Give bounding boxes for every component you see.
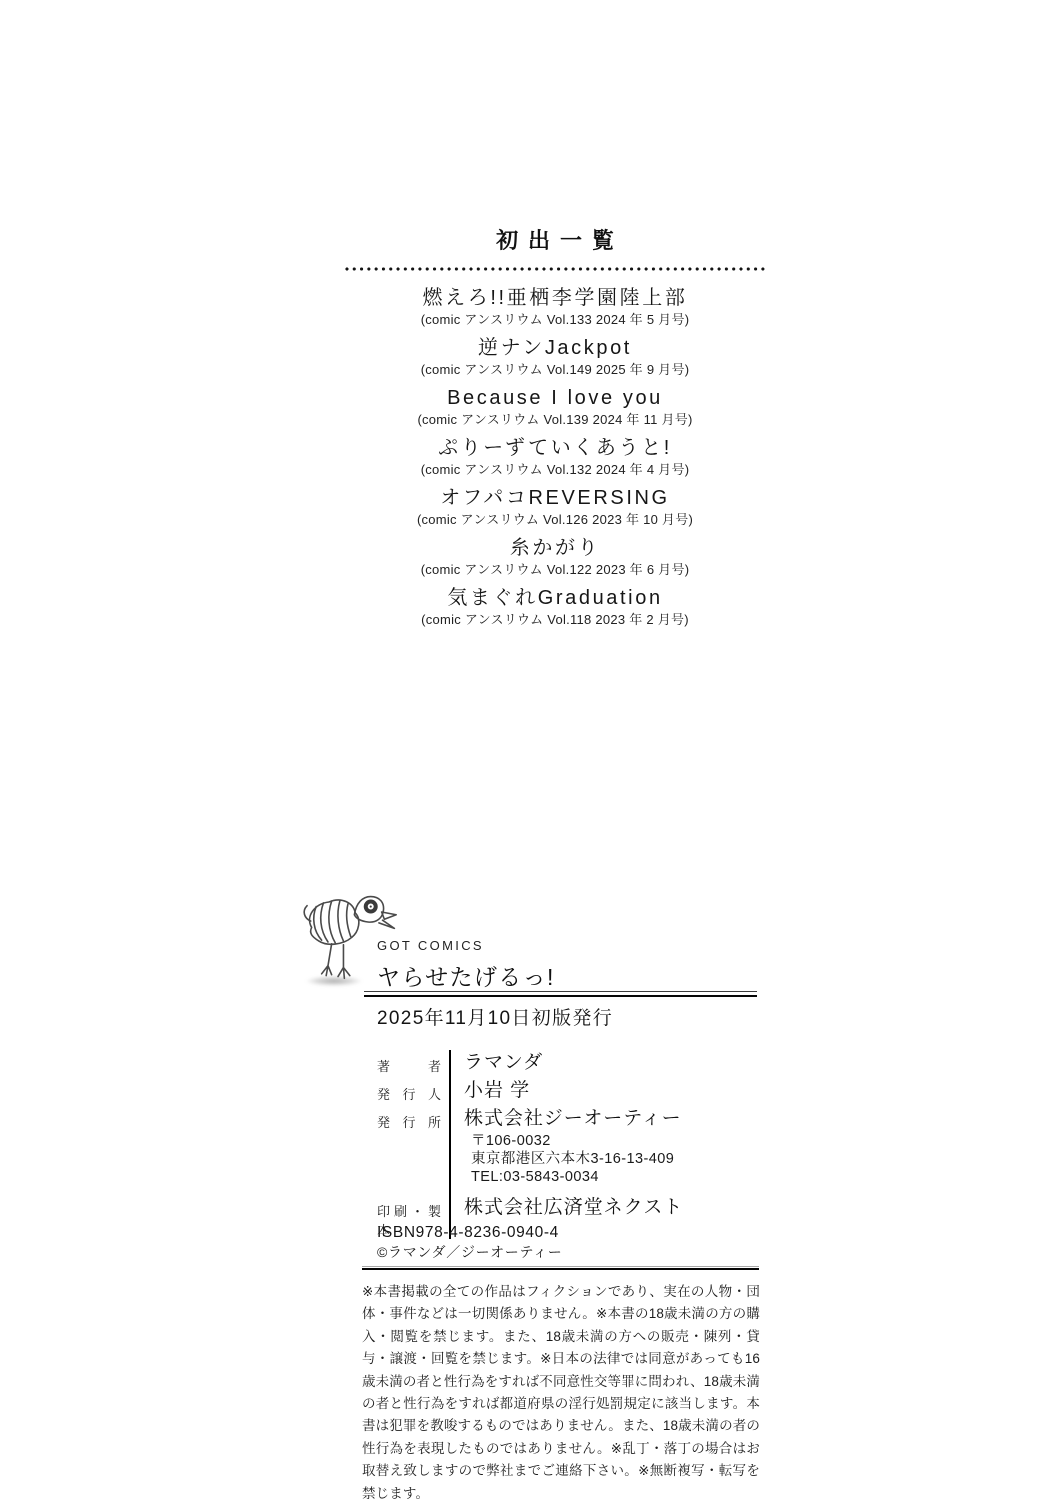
credit-row-publisher-person: 発 行 人 小岩 学 [377, 1078, 767, 1106]
chapter-source: (comic アンスリウム Vol.118 2023 年 2 月号) [345, 611, 765, 628]
publisher-address: 東京都港区六本木3-16-13-409 [464, 1150, 767, 1168]
list-item: 糸かがり (comic アンスリウム Vol.122 2023 年 6 月号) [345, 536, 765, 578]
credit-value: ラマンダ [464, 1050, 767, 1076]
section-title: 初出一覧 [345, 224, 765, 255]
chapter-source: (comic アンスリウム Vol.132 2024 年 4 月号) [345, 461, 765, 478]
credit-value-cell: 株式会社ジーオーティー 〒106-0032 東京都港区六本木3-16-13-40… [449, 1106, 767, 1188]
publisher-phone: TEL:03-5843-0034 [464, 1168, 767, 1186]
isbn-number: ISBN978-4-8236-0940-4 [377, 1223, 562, 1243]
list-item: 気まぐれGraduation (comic アンスリウム Vol.118 202… [345, 586, 765, 628]
credit-value-cell: ラマンダ [449, 1050, 767, 1078]
edition-date: 2025年11月10日初版発行 [377, 1003, 613, 1030]
credit-row-publisher-company: 発 行 所 株式会社ジーオーティー 〒106-0032 東京都港区六本木3-16… [377, 1106, 767, 1188]
book-title: ヤらせたげるっ! [377, 959, 555, 992]
list-item: オフパコREVERSING (comic アンスリウム Vol.126 2023… [345, 486, 765, 528]
bird-logo-shadow [306, 976, 362, 986]
credit-label: 発 行 所 [377, 1106, 441, 1188]
publisher-imprint-label: GOT COMICS [377, 938, 484, 953]
credit-value-cell: 小岩 学 [449, 1078, 767, 1106]
credit-value: 株式会社ジーオーティー [464, 1106, 767, 1132]
copyright-line: ©ラマンダ／ジーオーティー [377, 1243, 562, 1262]
chapter-title: 糸かがり [345, 536, 765, 561]
chapter-title: 燃えろ!!亜栖李学園陸上部 [345, 286, 765, 311]
colophon-page: 初出一覧 燃えろ!!亜栖李学園陸上部 (comic アンスリウム Vol.133… [0, 0, 1057, 1500]
chapter-title: 逆ナンJackpot [345, 336, 765, 361]
chapter-source: (comic アンスリウム Vol.122 2023 年 6 月号) [345, 561, 765, 578]
list-item: ぷりーずていくあうと! (comic アンスリウム Vol.132 2024 年… [345, 436, 765, 478]
chapter-title: オフパコREVERSING [345, 486, 765, 511]
credit-label: 発 行 人 [377, 1078, 441, 1106]
credits-table: 著 者 ラマンダ 発 行 人 小岩 学 発 行 所 株式会社ジーオーティー 〒1… [377, 1050, 767, 1239]
credit-label: 著 者 [377, 1050, 441, 1078]
isbn-block: ISBN978-4-8236-0940-4 ©ラマンダ／ジーオーティー [377, 1223, 562, 1262]
credit-value: 株式会社広済堂ネクスト [464, 1195, 767, 1221]
legal-disclaimer-text: ※本書掲載の全ての作品はフィクションであり、実在の人物・団体・事件などは一切関係… [362, 1281, 760, 1500]
list-item: 燃えろ!!亜栖李学園陸上部 (comic アンスリウム Vol.133 2024… [345, 286, 765, 328]
dotted-divider [345, 267, 765, 271]
chapter-title: Because I love you [345, 386, 765, 411]
chapter-source: (comic アンスリウム Vol.126 2023 年 10 月号) [345, 511, 765, 528]
chapter-source: (comic アンスリウム Vol.149 2025 年 9 月号) [345, 361, 765, 378]
publisher-postal-code: 〒106-0032 [464, 1132, 767, 1150]
credit-row-author: 著 者 ラマンダ [377, 1050, 767, 1078]
list-item: 逆ナンJackpot (comic アンスリウム Vol.149 2025 年 … [345, 336, 765, 378]
first-publication-section: 初出一覧 燃えろ!!亜栖李学園陸上部 (comic アンスリウム Vol.133… [345, 224, 765, 636]
chapter-source: (comic アンスリウム Vol.139 2024 年 11 月号) [345, 411, 765, 428]
first-publication-list: 燃えろ!!亜栖李学園陸上部 (comic アンスリウム Vol.133 2024… [345, 286, 765, 628]
chapter-source: (comic アンスリウム Vol.133 2024 年 5 月号) [345, 311, 765, 328]
disclaimer-divider [362, 1266, 759, 1270]
chapter-title: ぷりーずていくあうと! [345, 436, 765, 461]
title-underline [364, 991, 757, 997]
chapter-title: 気まぐれGraduation [345, 586, 765, 611]
credit-value: 小岩 学 [464, 1078, 767, 1104]
list-item: Because I love you (comic アンスリウム Vol.139… [345, 386, 765, 428]
